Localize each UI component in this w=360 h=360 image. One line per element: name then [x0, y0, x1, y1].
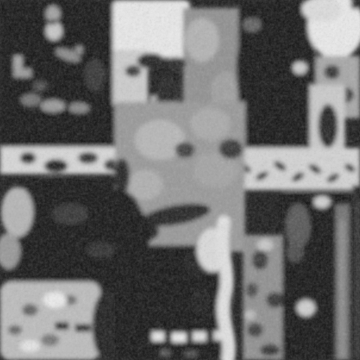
- coarse-grain-overlay: [0, 0, 360, 360]
- photo-collage-canvas: [0, 0, 360, 360]
- photo-collage: [0, 0, 360, 360]
